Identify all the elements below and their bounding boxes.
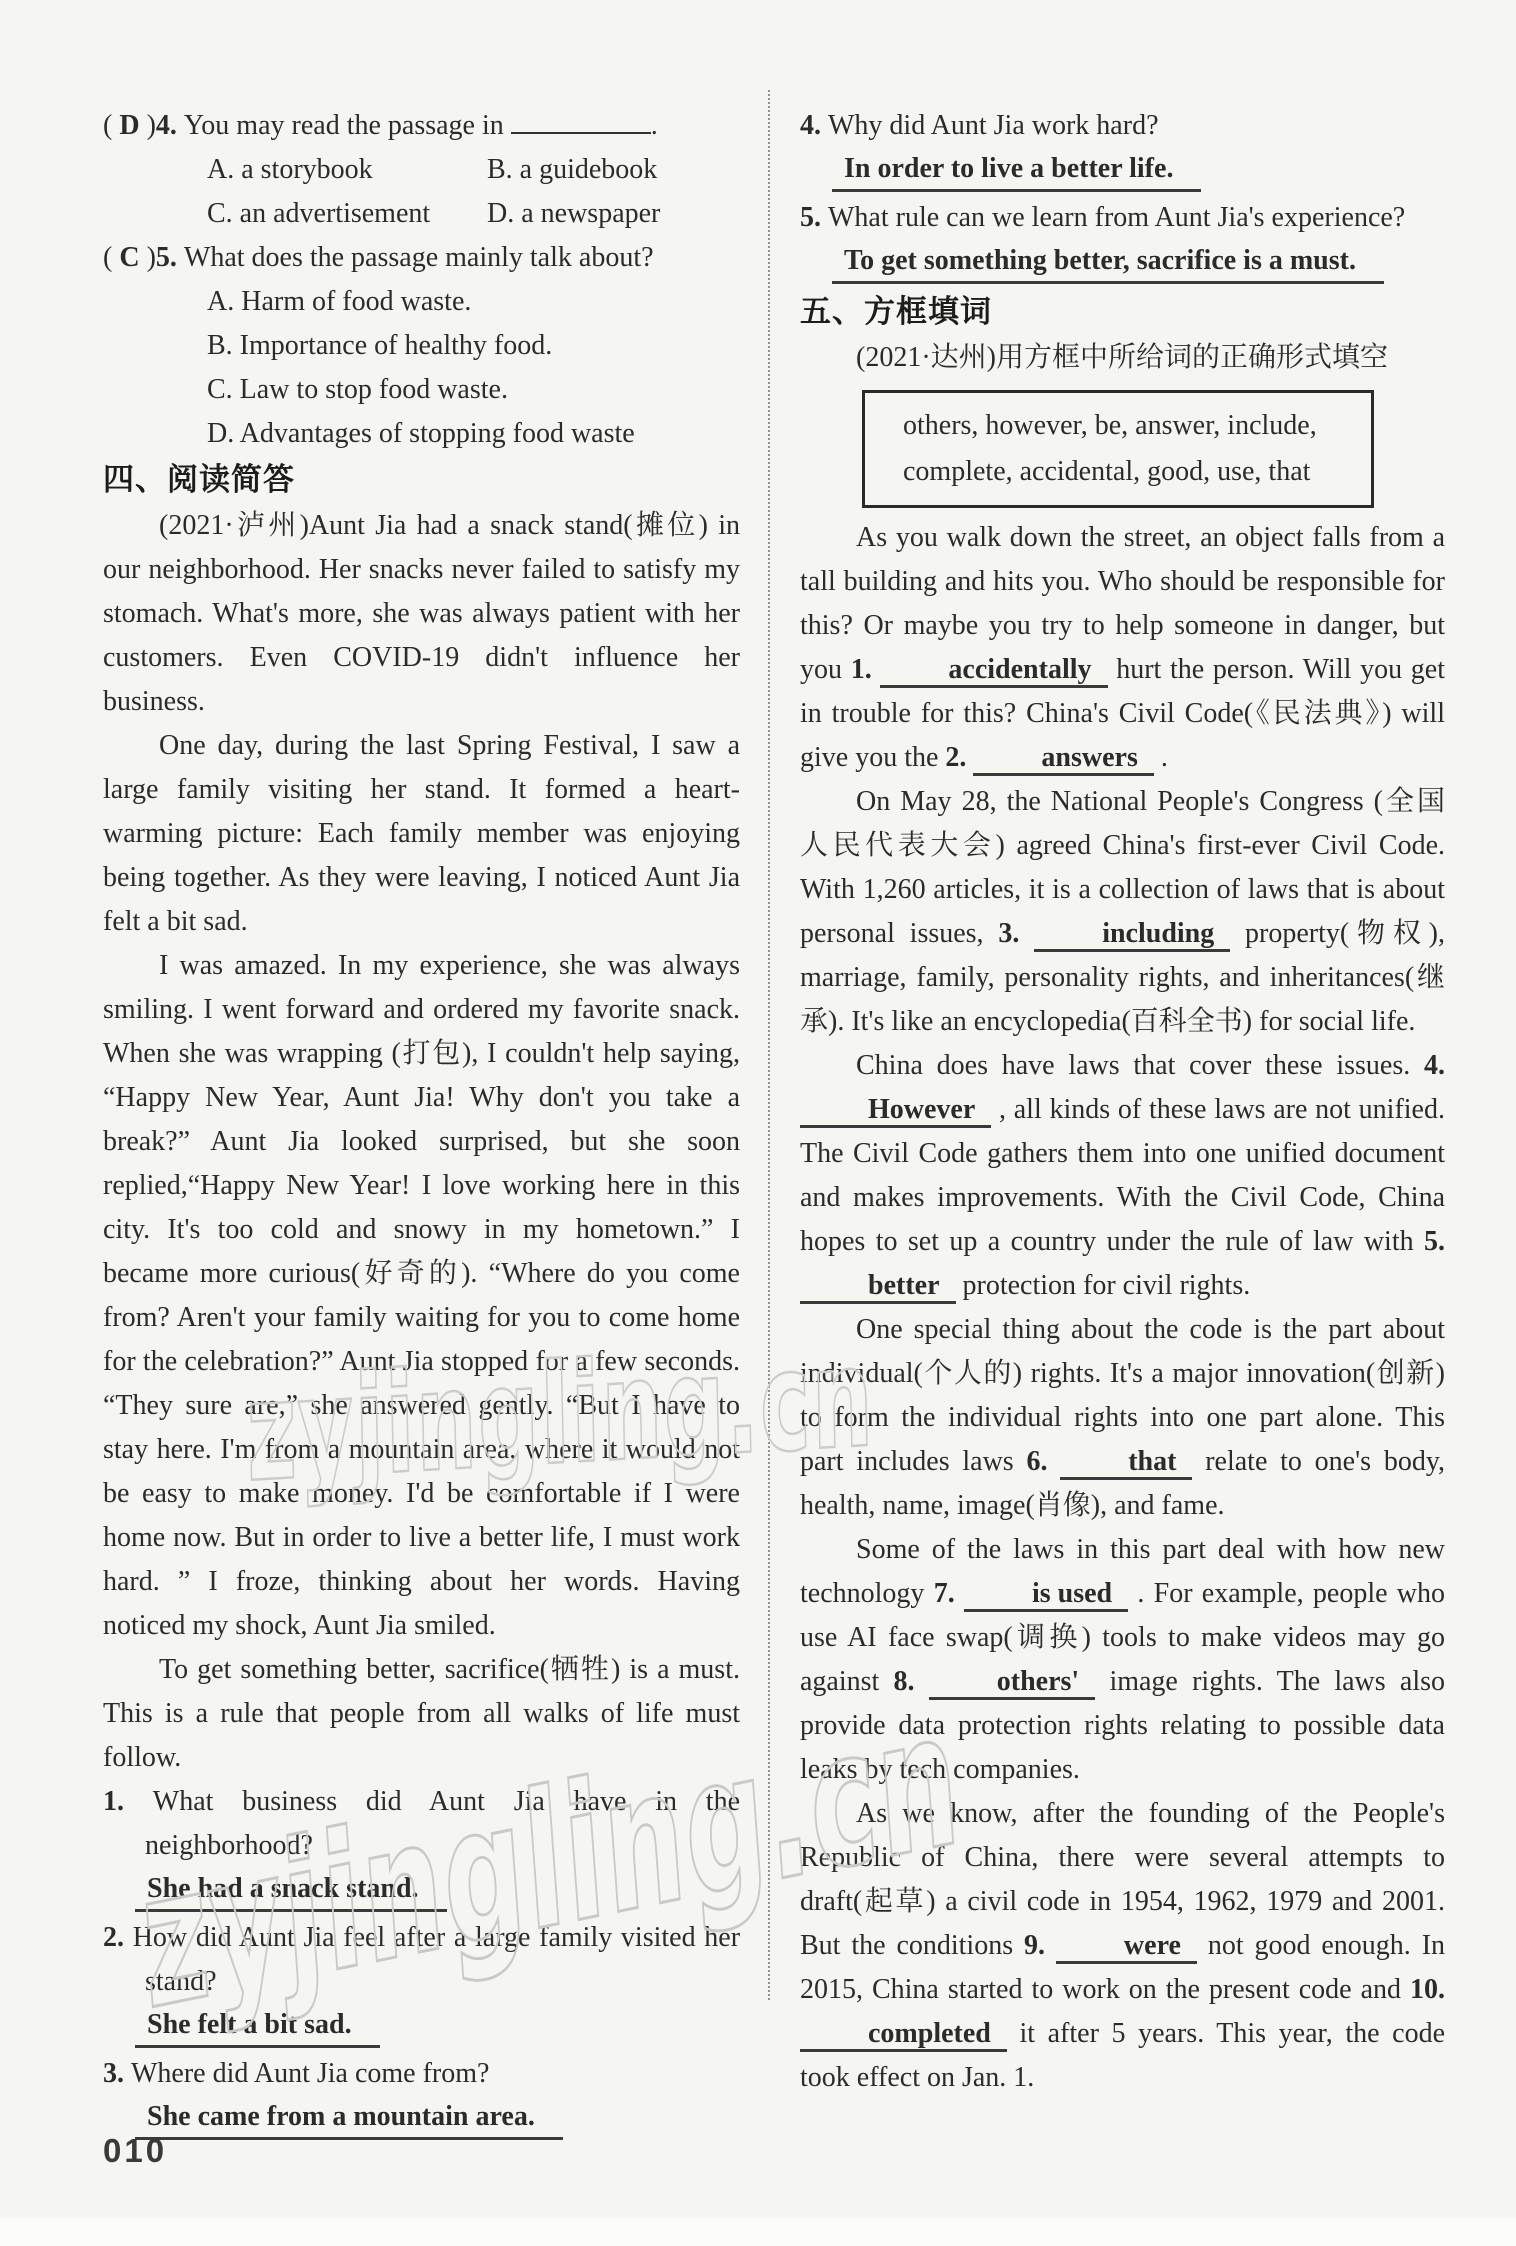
bold-run: 4. (156, 110, 184, 141)
blank-answer: is used (964, 1578, 1128, 1612)
text-run: ) (140, 110, 156, 141)
paragraph: (2021·达州)用方框中所给词的正确形式填空 (800, 336, 1445, 380)
text-run: One day, during the last Spring Festival… (103, 730, 740, 937)
qa-item: 4. Why did Aunt Jia work hard?In order t… (800, 104, 1445, 196)
bold-run: D (119, 110, 139, 141)
mc-option: C. an advertisement (207, 192, 487, 236)
text-run: ) (140, 242, 156, 273)
question-text: Why did Aunt Jia work hard? (828, 110, 1159, 141)
mc-option-row: A. Harm of food waste. (103, 280, 740, 324)
blank-answer: including (1034, 918, 1230, 952)
text-run: (2021·泸州)Aunt Jia had a snack stand(摊位) … (103, 510, 740, 717)
paragraph: As we know, after the founding of the Pe… (800, 1792, 1445, 2100)
text-run: protection for civil rights. (956, 1270, 1251, 1301)
text-run: . (1154, 742, 1168, 773)
blank-answer: completed (800, 2018, 1007, 2052)
bold-run: 8. (894, 1666, 929, 1697)
bold-run: 9. (1024, 1930, 1056, 1961)
mc-option-row: C. an advertisementD. a newspaper (103, 192, 740, 236)
text-run: You may read the passage in (184, 110, 511, 141)
question-text: What business did Aunt Jia have in the n… (145, 1786, 740, 1861)
blank-answer: better (800, 1270, 956, 1304)
text-run: (2021·达州)用方框中所给词的正确形式填空 (856, 342, 1388, 373)
text-run: I was amazed. In my experience, she was … (103, 950, 740, 1641)
question: 5. What rule can we learn from Aunt Jia'… (800, 196, 1445, 240)
mc-option: B. a guidebook (487, 154, 657, 185)
mc-question: ( C )5. What does the passage mainly tal… (103, 236, 740, 456)
text-run: . (651, 110, 658, 141)
paragraph: One day, during the last Spring Festival… (103, 724, 740, 944)
bold-run: C (119, 242, 139, 273)
blank-answer: accidentally (880, 654, 1107, 688)
mc-option-row: B. Importance of healthy food. (103, 324, 740, 368)
mc-question-stem: ( D )4. You may read the passage in . (103, 104, 740, 148)
answer: She came from a mountain area. (135, 2098, 563, 2140)
word-bank-box: others, however, be, answer, include,com… (862, 390, 1374, 508)
question-number: 2. (103, 1922, 133, 1953)
question: 3. Where did Aunt Jia come from? (103, 2052, 740, 2096)
mc-option-row: D. Advantages of stopping food waste (103, 412, 740, 456)
answer: In order to live a better life. (832, 150, 1201, 192)
section-heading: 四、阅读简答 (103, 456, 740, 504)
paragraph: China does have laws that cover these is… (800, 1044, 1445, 1308)
paragraph: I was amazed. In my experience, she was … (103, 944, 740, 1648)
mc-option-row: A. a storybookB. a guidebook (103, 148, 740, 192)
bold-run: 5. (156, 242, 184, 273)
paragraph: (2021·泸州)Aunt Jia had a snack stand(摊位) … (103, 504, 740, 724)
mc-option-row: C. Law to stop food waste. (103, 368, 740, 412)
question-text: What rule can we learn from Aunt Jia's e… (828, 202, 1405, 233)
paragraph: As you walk down the street, an object f… (800, 516, 1445, 780)
qa-item: 2. How did Aunt Jia feel after a large f… (103, 1916, 740, 2052)
left-column: ( D )4. You may read the passage in .A. … (103, 104, 740, 2144)
bold-run: 1. (851, 654, 881, 685)
paragraph: To get something better, sacrifice(牺牲) i… (103, 1648, 740, 1780)
qa-item: 3. Where did Aunt Jia come from?She came… (103, 2052, 740, 2144)
paragraph: On May 28, the National People's Congres… (800, 780, 1445, 1044)
mc-option: A. Harm of food waste. (207, 286, 471, 317)
blank-answer: others' (929, 1666, 1095, 1700)
mc-question-stem: ( C )5. What does the passage mainly tal… (103, 236, 740, 280)
mc-option: A. a storybook (207, 148, 487, 192)
page-number: 010 (103, 2132, 167, 2170)
mc-option: D. a newspaper (487, 198, 660, 229)
question: 4. Why did Aunt Jia work hard? (800, 104, 1445, 148)
bold-run: 2. (945, 742, 973, 773)
text-run: What does the passage mainly talk about? (184, 242, 654, 273)
word-bank-line: others, however, be, answer, include, (903, 403, 1371, 449)
workbook-page: ( D )4. You may read the passage in .A. … (0, 0, 1516, 2246)
text-run: China does have laws that cover these is… (856, 1050, 1424, 1081)
section-heading: 五、方框填词 (800, 288, 1445, 336)
answer: She felt a bit sad. (135, 2006, 380, 2048)
answer: To get something better, sacrifice is a … (832, 242, 1384, 284)
right-column: 4. Why did Aunt Jia work hard?In order t… (800, 104, 1445, 2100)
qa-item: 5. What rule can we learn from Aunt Jia'… (800, 196, 1445, 288)
paragraph: Some of the laws in this part deal with … (800, 1528, 1445, 1792)
question: 2. How did Aunt Jia feel after a large f… (103, 1916, 740, 2004)
paragraph: One special thing about the code is the … (800, 1308, 1445, 1528)
text-run: ( (103, 110, 119, 141)
bold-run: 3. (998, 918, 1034, 949)
question: 1. What business did Aunt Jia have in th… (103, 1780, 740, 1868)
mc-option: B. Importance of healthy food. (207, 330, 552, 361)
question-number: 5. (800, 202, 828, 233)
scan-edge-strip (0, 2218, 1516, 2246)
word-bank-line: complete, accidental, good, use, that (903, 449, 1371, 495)
mc-option: C. Law to stop food waste. (207, 374, 508, 405)
bold-run: 7. (934, 1578, 964, 1609)
blank-answer: that (1060, 1446, 1192, 1480)
answer: She had a snack stand. (135, 1870, 447, 1912)
text-run: ( (103, 242, 119, 273)
bold-run: 5. (1424, 1226, 1445, 1257)
column-divider (768, 90, 770, 2000)
blank-answer: were (1056, 1930, 1197, 1964)
bold-run: 4. (1424, 1050, 1445, 1081)
question-text: Where did Aunt Jia come from? (131, 2058, 489, 2089)
qa-item: 1. What business did Aunt Jia have in th… (103, 1780, 740, 1916)
blank-answer: answers (973, 742, 1153, 776)
question-number: 3. (103, 2058, 131, 2089)
mc-option: D. Advantages of stopping food waste (207, 418, 635, 449)
question-number: 1. (103, 1786, 153, 1817)
question-text: How did Aunt Jia feel after a large fami… (133, 1922, 740, 1997)
bold-run: 6. (1026, 1446, 1060, 1477)
blank-underline (511, 106, 651, 134)
mc-question: ( D )4. You may read the passage in .A. … (103, 104, 740, 236)
question-number: 4. (800, 110, 828, 141)
bold-run: 10. (1410, 1974, 1445, 2005)
blank-answer: However (800, 1094, 991, 1128)
text-run: To get something better, sacrifice(牺牲) i… (103, 1654, 740, 1773)
